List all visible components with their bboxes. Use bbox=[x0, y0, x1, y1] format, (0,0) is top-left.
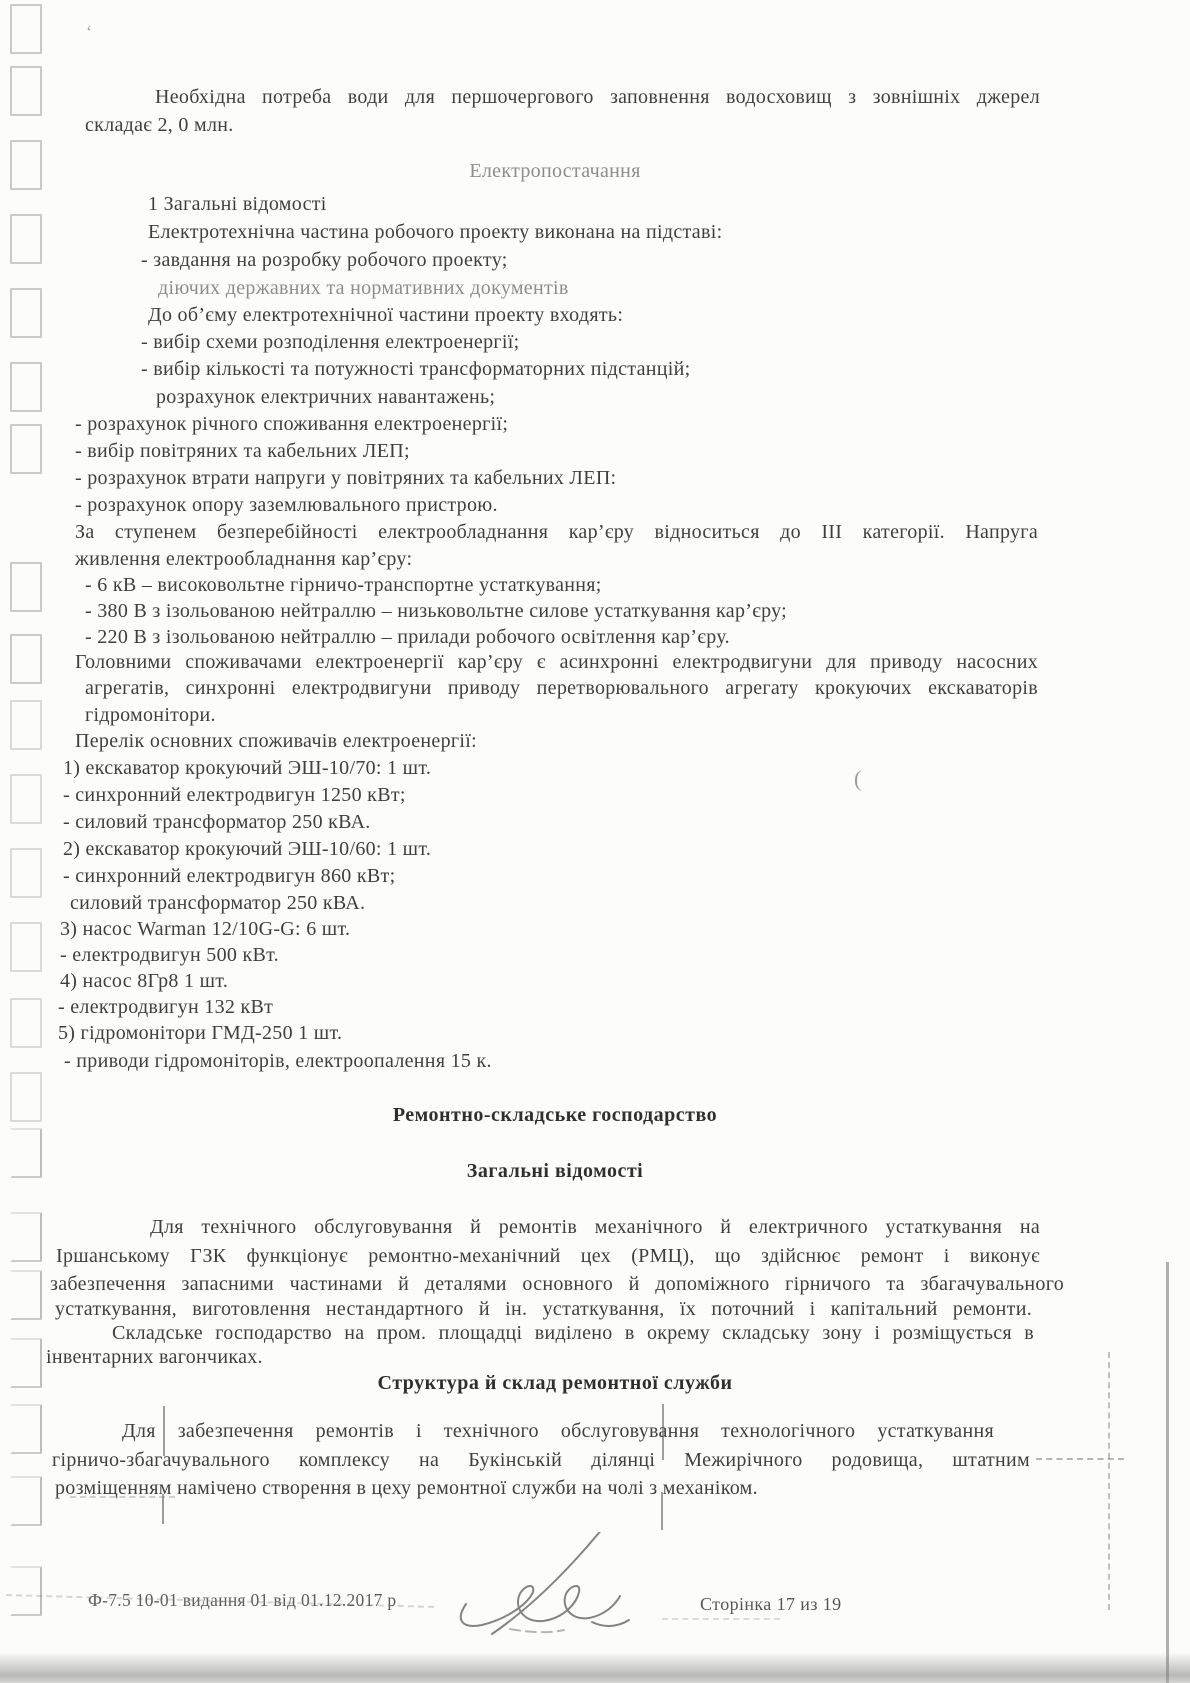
text-line: Складське господарство на пром. площадці… bbox=[112, 1320, 1034, 1346]
text-line: забезпечення запасними частинами й детал… bbox=[50, 1271, 1064, 1297]
page-edge-line bbox=[1166, 1262, 1169, 1683]
text-line: - 380 В з ізольованою нейтраллю – низько… bbox=[85, 598, 787, 624]
text-line: - синхронний електродвигун 1250 кВт; bbox=[63, 782, 406, 808]
scan-paren-artifact: ( bbox=[854, 766, 861, 792]
scan-dashed-line bbox=[70, 1496, 175, 1498]
text-line: - 220 В з ізольованою нейтраллю – прилад… bbox=[85, 624, 730, 650]
text-line: Для забезпечення ремонтів і технічного о… bbox=[122, 1418, 994, 1444]
section-heading: Електропостачання bbox=[0, 158, 1110, 184]
text-line: - силовий трансформатор 250 кВА. bbox=[63, 809, 371, 835]
text-line: - завдання на розробку робочого проекту; bbox=[141, 247, 508, 273]
text-line: 1) екскаватор крокуючий ЭШ-10/70: 1 шт. bbox=[63, 755, 431, 781]
scan-dashed-line bbox=[662, 1618, 780, 1620]
scan-scratch-mark bbox=[661, 1492, 663, 1530]
text-line: 1 Загальні відомості bbox=[148, 191, 327, 217]
section-heading: Ремонтно-складське господарство bbox=[0, 1102, 1110, 1128]
text-line: складає 2, 0 млн. bbox=[85, 112, 234, 138]
text-line: 5) гідромонітори ГМД-250 1 шт. bbox=[58, 1020, 342, 1046]
scan-scratch-mark bbox=[162, 1494, 164, 1524]
text-line: - розрахунок опору заземлювального прист… bbox=[75, 492, 498, 518]
text-line: - вибір схеми розподілення електроенергі… bbox=[141, 329, 519, 355]
text-line: діючих державних та нормативних документ… bbox=[158, 275, 569, 301]
text-line: - вибір повітряних та кабельних ЛЕП; bbox=[75, 438, 410, 464]
scan-dashed-line bbox=[1036, 1458, 1124, 1460]
footer-page-number: Сторінка 17 из 19 bbox=[700, 1594, 842, 1615]
text-line: Перелік основних споживачів електроенерг… bbox=[75, 728, 477, 754]
text-line: - розрахунок річного споживання електрое… bbox=[75, 411, 508, 437]
text-line: - розрахунок втрати напруги у повітряних… bbox=[75, 465, 616, 491]
text-line: - електродвигун 132 кВт bbox=[58, 994, 273, 1020]
text-line: 2) екскаватор крокуючий ЭШ-10/60: 1 шт. bbox=[63, 836, 431, 862]
scan-speck-artifact: ‘ bbox=[86, 22, 92, 43]
text-line: - синхронний електродвигун 860 кВт; bbox=[63, 863, 395, 889]
text-line: Необхідна потреба води для першочерговог… bbox=[155, 84, 1040, 110]
text-line: Електротехнічна частина робочого проекту… bbox=[148, 219, 722, 245]
bottom-scan-shadow bbox=[0, 1652, 1190, 1683]
text-line: живлення електрообладнання кар’єру: bbox=[75, 546, 412, 572]
text-line: силовий трансформатор 250 кВА. bbox=[70, 890, 365, 916]
text-line: розрахунок електричних навантажень; bbox=[156, 384, 495, 410]
text-line: Головними споживачами електроенергії кар… bbox=[75, 649, 1038, 675]
text-line: Іршанському ГЗК функціонує ремонтно-меха… bbox=[56, 1243, 1040, 1269]
text-line: гідромонітори. bbox=[85, 702, 216, 728]
text-line: устаткування, виготовлення нестандартног… bbox=[55, 1296, 1032, 1322]
text-line: До об’єму електротехнічної частини проек… bbox=[148, 302, 623, 328]
text-line: - електродвигун 500 кВт. bbox=[60, 942, 279, 968]
text-line: - приводи гідромоніторів, електроопаленн… bbox=[64, 1048, 492, 1074]
section-heading: Структура й склад ремонтної служби bbox=[0, 1370, 1110, 1396]
text-line: агрегатів, синхронні електродвигуни прив… bbox=[85, 675, 1038, 701]
text-line: інвентарних вагончиках. bbox=[46, 1344, 263, 1370]
text-line: Для технічного обслуговування й ремонтів… bbox=[150, 1214, 1040, 1240]
text-line: 3) насос Warman 12/10G-G: 6 шт. bbox=[60, 916, 350, 942]
text-line: 4) насос 8Гр8 1 шт. bbox=[60, 968, 228, 994]
text-line: За ступенем безперебійності електрооблад… bbox=[75, 519, 1038, 545]
scan-scratch-mark bbox=[163, 1406, 165, 1456]
document-text: Необхідна потреба води для першочерговог… bbox=[0, 0, 1190, 1683]
signature bbox=[452, 1532, 687, 1637]
text-line: гірничо-збагачувального комплексу на Бук… bbox=[52, 1447, 1030, 1473]
text-line: - 6 кВ – високовольтне гірничо-транспорт… bbox=[85, 572, 602, 598]
section-heading: Загальні відомості bbox=[0, 1158, 1110, 1184]
scan-scratch-mark bbox=[662, 1404, 664, 1460]
scan-dashed-vertical-line bbox=[1108, 1352, 1110, 1610]
text-line: - вибір кількості та потужності трансфор… bbox=[141, 356, 691, 382]
scanned-document-page: Необхідна потреба води для першочерговог… bbox=[0, 0, 1190, 1683]
